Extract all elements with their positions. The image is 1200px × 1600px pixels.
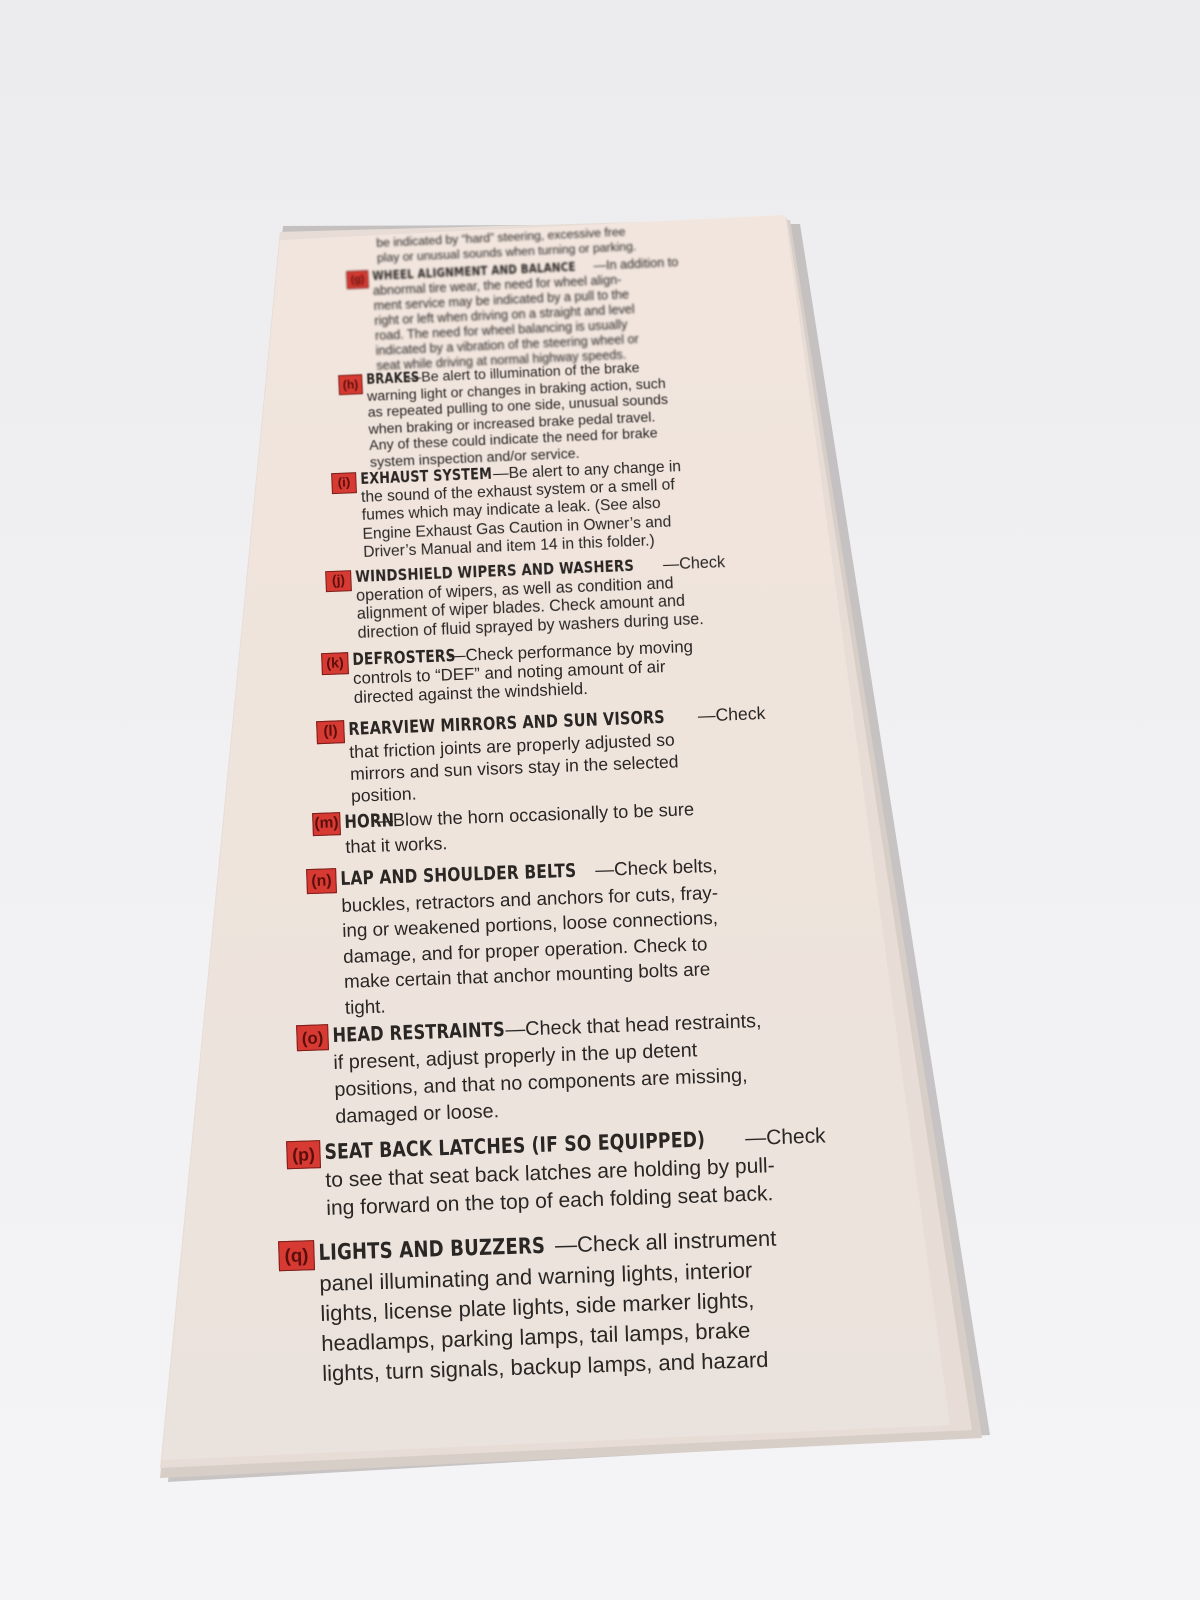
item-text: —Check bbox=[745, 1124, 826, 1150]
checklist-item: (i)EXHAUST SYSTEM—Be alert to any change… bbox=[360, 456, 712, 562]
item-letter-badge: (l) bbox=[316, 720, 345, 744]
item-letter-badge: (n) bbox=[306, 868, 337, 894]
item-text: —Check bbox=[697, 703, 765, 726]
checklist-item: (q)LIGHTS AND BUZZERS—Check all instrume… bbox=[318, 1222, 820, 1389]
checklist-item: (l)REARVIEW MIRRORS AND SUN VISORS—Check… bbox=[348, 701, 805, 807]
item-heading: HORN bbox=[344, 809, 395, 835]
checklist-item: (p)SEAT BACK LATCHES (IF SO EQUIPPED)—Ch… bbox=[324, 1120, 872, 1223]
checklist-item: (n)LAP AND SHOULDER BELTS—Check belts,bu… bbox=[340, 852, 755, 1020]
item-letter-badge: (j) bbox=[325, 570, 352, 592]
item-text: —Check belts, bbox=[595, 855, 718, 880]
item-letter-badge: (h) bbox=[338, 374, 363, 395]
item-letter-badge: (k) bbox=[321, 652, 349, 675]
checklist-item: (g)WHEEL ALIGNMENT AND BALANCE—In additi… bbox=[372, 253, 709, 374]
item-letter-badge: (i) bbox=[331, 472, 357, 493]
item-heading: BRAKES bbox=[366, 370, 420, 389]
checklist-item: (h)BRAKES—Be alert to illumination of th… bbox=[366, 359, 671, 471]
item-text: —Check that head restraints, bbox=[505, 1010, 762, 1041]
item-letter-badge: (p) bbox=[286, 1140, 321, 1169]
item-text: —In addition to bbox=[593, 255, 678, 273]
item-text: —Check bbox=[663, 553, 726, 573]
item-letter-badge: (o) bbox=[296, 1024, 329, 1051]
item-letter-badge: (g) bbox=[346, 270, 369, 289]
item-heading: DEFROSTERS bbox=[352, 646, 456, 669]
checklist-item: (o)HEAD RESTRAINTS—Check that head restr… bbox=[332, 1006, 802, 1131]
item-text: —Check all instrument bbox=[555, 1226, 777, 1258]
item-letter-badge: (q) bbox=[278, 1240, 315, 1271]
item-letter-badge: (m) bbox=[312, 812, 341, 836]
